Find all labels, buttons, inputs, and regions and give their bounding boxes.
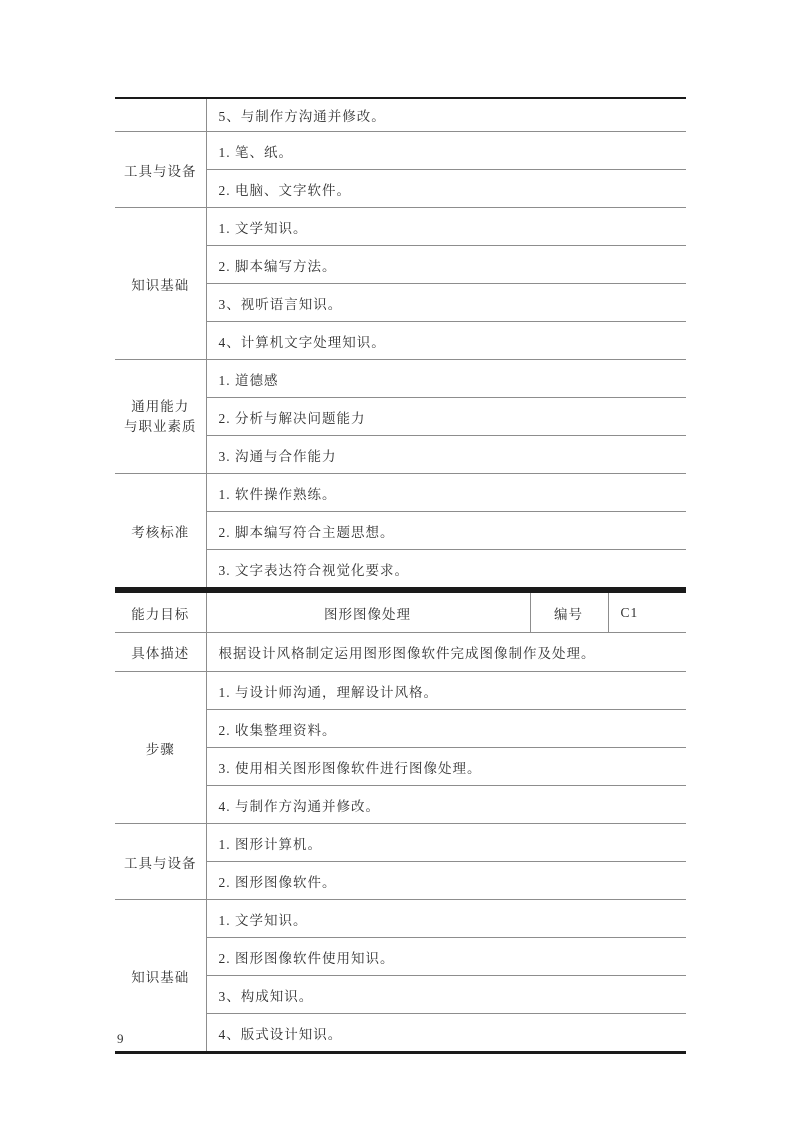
list-item: 3. 使用相关图形图像软件进行图像处理。	[206, 748, 686, 786]
document-page: { "page": { "number": "9" }, "table1": {…	[0, 0, 800, 1131]
list-item: 3. 沟通与合作能力	[206, 436, 686, 474]
section-label-line: 通用能力	[117, 397, 204, 417]
list-item: 2. 收集整理资料。	[206, 710, 686, 748]
section-label-general-ability: 通用能力 与职业素质	[115, 360, 206, 474]
list-item: 1. 道德感	[206, 360, 686, 398]
list-item: 3. 文字表达符合视觉化要求。	[206, 550, 686, 589]
table-row: 具体描述 根据设计风格制定运用图形图像软件完成图像制作及处理。	[115, 633, 686, 672]
section-label-tools: 工具与设备	[115, 132, 206, 208]
section-label-line: 与职业素质	[117, 417, 204, 437]
list-item: 2. 脚本编写方法。	[206, 246, 686, 284]
table-row: 工具与设备 1. 图形计算机。	[115, 824, 686, 862]
page-number: 9	[117, 1031, 124, 1047]
table-row: 5、与制作方沟通并修改。	[115, 98, 686, 132]
list-item: 2. 脚本编写符合主题思想。	[206, 512, 686, 550]
table-row: 工具与设备 1. 笔、纸。	[115, 132, 686, 170]
section-label-knowledge: 知识基础	[115, 208, 206, 360]
code-label: 编号	[530, 592, 608, 633]
skill-table-2: 能力目标 图形图像处理 编号 C1 具体描述 根据设计风格制定运用图形图像软件完…	[115, 590, 686, 1054]
section-label-tools: 工具与设备	[115, 824, 206, 900]
table-row: 步骤 1. 与设计师沟通，理解设计风格。	[115, 672, 686, 710]
list-item: 1. 笔、纸。	[206, 132, 686, 170]
list-item: 3、视听语言知识。	[206, 284, 686, 322]
list-item: 1. 文学知识。	[206, 900, 686, 938]
table-header-row: 能力目标 图形图像处理 编号 C1	[115, 592, 686, 633]
header-label-capability: 能力目标	[115, 592, 206, 633]
list-item: 1. 与设计师沟通，理解设计风格。	[206, 672, 686, 710]
section-label-description: 具体描述	[115, 633, 206, 672]
list-item: 1. 图形计算机。	[206, 824, 686, 862]
table-row: 考核标准 1. 软件操作熟练。	[115, 474, 686, 512]
list-item: 2. 电脑、文字软件。	[206, 170, 686, 208]
list-item: 1. 文学知识。	[206, 208, 686, 246]
row-label-empty	[115, 98, 206, 132]
list-item: 2. 图形图像软件。	[206, 862, 686, 900]
list-item: 2. 图形图像软件使用知识。	[206, 938, 686, 976]
skill-table-1: 5、与制作方沟通并修改。 工具与设备 1. 笔、纸。 2. 电脑、文字软件。 知…	[115, 97, 686, 590]
table-row: 知识基础 1. 文学知识。	[115, 208, 686, 246]
table-row: 通用能力 与职业素质 1. 道德感	[115, 360, 686, 398]
table-row: 知识基础 1. 文学知识。	[115, 900, 686, 938]
section-label-steps: 步骤	[115, 672, 206, 824]
capability-title: 图形图像处理	[206, 592, 530, 633]
description-text: 根据设计风格制定运用图形图像软件完成图像制作及处理。	[206, 633, 686, 672]
list-item: 2. 分析与解决问题能力	[206, 398, 686, 436]
section-label-assessment: 考核标准	[115, 474, 206, 589]
section-label-knowledge: 知识基础	[115, 900, 206, 1053]
list-item: 1. 软件操作熟练。	[206, 474, 686, 512]
list-item: 5、与制作方沟通并修改。	[206, 98, 686, 132]
list-item: 3、构成知识。	[206, 976, 686, 1014]
list-item: 4. 与制作方沟通并修改。	[206, 786, 686, 824]
list-item: 4、版式设计知识。	[206, 1014, 686, 1053]
list-item: 4、计算机文字处理知识。	[206, 322, 686, 360]
code-value: C1	[608, 592, 686, 633]
